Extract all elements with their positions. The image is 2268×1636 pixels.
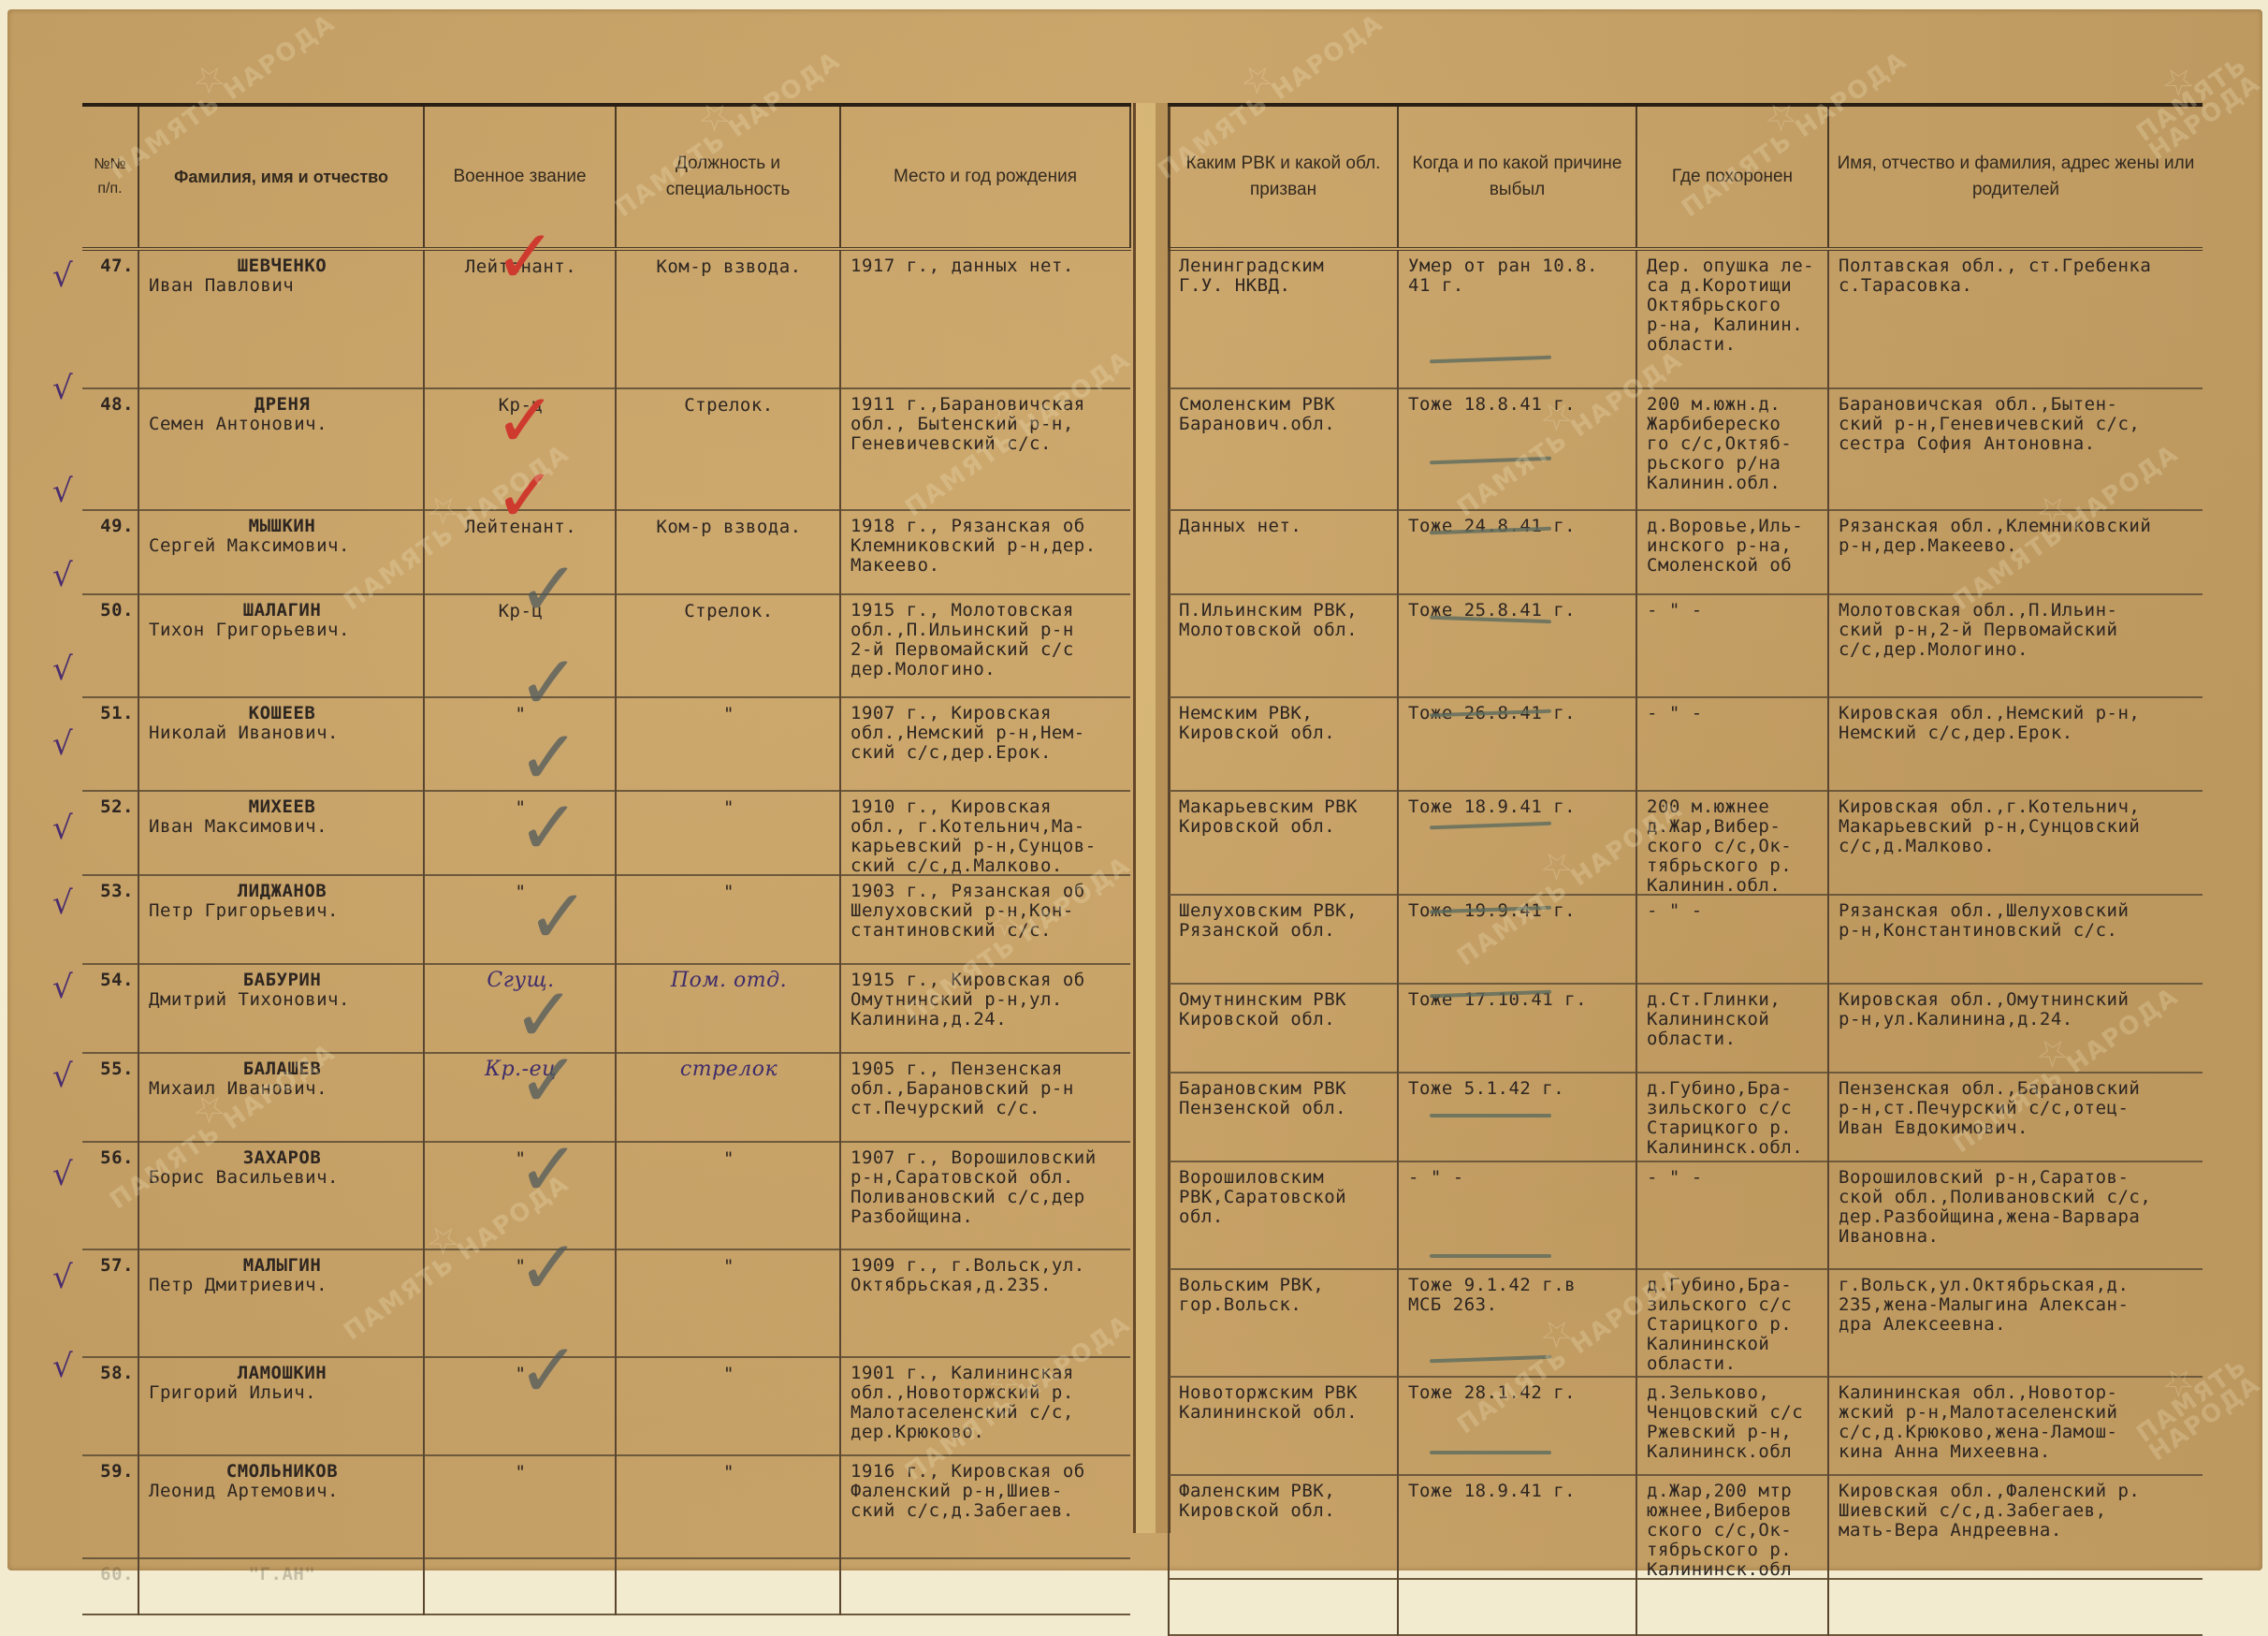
given-names: Григорий Ильич. [149,1382,316,1403]
drafted-by: Омутнинским РВК Кировской обл. [1169,985,1398,1074]
full-name: МЫШКИНСергей Максимович. [138,511,424,595]
pencil-check-mark-icon: ✓ [527,880,589,955]
table-row: 50.ШАЛАГИНТихон Григорьевич.Кр-цСтрелок.… [82,595,1130,698]
full-name: ДРЕНЯСемен Антонович. [138,389,424,511]
full-name: БАЛАШЕВМихаил Иванович. [138,1054,424,1143]
rank: " [516,882,527,902]
position-handwritten: стрелок [680,1058,778,1081]
relatives-address: Рязанская обл.,Клемниковский р-н,дер.Мак… [1828,511,2203,595]
burial-place: д.Губино,Бра- зильского с/с Старицкого р… [1636,1074,1828,1162]
tick-mark-icon: √ [52,725,73,763]
relatives-address: Кировская обл.,Омутнинский р-н,ул.Калини… [1828,985,2203,1074]
date-reason: Тоже 18.8.41 г. [1398,389,1636,511]
full-name: ЛАМОШКИНГригорий Ильич. [138,1358,424,1456]
table-row: 48.ДРЕНЯСемен Антонович.Кр-цСтрелок.1911… [82,389,1130,511]
full-name: ЛИДЖАНОВПетр Григорьевич. [138,876,424,965]
surname: ДРЕНЯ [149,395,415,415]
row-number: 48. [82,389,138,511]
given-names: Борис Васильевич. [149,1167,339,1188]
drafted-by: Ворошиловским РВК,Саратовской обл. [1169,1162,1398,1270]
position: Ком-р взвода. [656,256,801,277]
table-row: 54.БАБУРИНДмитрий Тихонович.Сгущ.Пом. от… [82,965,1130,1054]
birth-place-year: 1917 г., данных нет. [840,249,1130,389]
position-handwritten: Пом. отд. [671,969,787,992]
pencil-dash-mark [1430,1254,1551,1258]
position-cell: Пом. отд. [616,965,840,1054]
position: " [723,1256,734,1277]
table-row: 58.ЛАМОШКИНГригорий Ильич.""1901 г., Кал… [82,1358,1130,1456]
given-names: Иван Максимович. [149,816,327,837]
row-number: 58. [82,1358,138,1456]
row-number: 59. [82,1456,138,1559]
relatives-address: Калининская обл.,Новотор- жский р-н,Мало… [1828,1378,2203,1476]
row-number: 49. [82,511,138,595]
surname: ЛАМОШКИН [149,1364,415,1383]
drafted-by: Новоторжским РВК Калининской обл. [1169,1378,1398,1476]
surname: ЗАХАРОВ [149,1148,415,1168]
date-reason: Тоже 18.9.41 г. [1398,792,1636,896]
header-drafted: Каким РВК и какой обл. призван [1169,105,1398,249]
red-check-mark-icon: ✓ [494,459,557,533]
tick-mark-icon: √ [52,969,73,1006]
surname: "Г.АН" [149,1565,415,1585]
row-number: 56. [82,1143,138,1250]
position-cell: стрелок [616,1054,840,1143]
full-name: КОШЕЕВНиколай Иванович. [138,698,424,792]
burial-place: - " - [1636,896,1828,985]
date-reason: Тоже 17.10.41 г. [1398,985,1636,1074]
row-number: 55. [82,1054,138,1143]
position: " [723,1462,734,1483]
full-name: СМОЛЬНИКОВЛеонид Артемович. [138,1456,424,1559]
table-row: 60."Г.АН" [82,1559,1130,1587]
table-row: Барановским РВК Пензенской обл.Тоже 5.1.… [1169,1074,2203,1162]
table-row: 52.МИХЕЕВИван Максимович.""1910 г., Киро… [82,792,1130,876]
row-number: 50. [82,595,138,698]
drafted-by: Ленинградским Г.У. НКВД. [1169,249,1398,389]
position: " [723,1364,734,1384]
tick-mark-icon: √ [52,1156,73,1193]
position-cell: Ком-р взвода. [616,249,840,389]
tick-mark-icon: √ [52,1348,73,1385]
pencil-dash-mark [1430,1114,1551,1117]
full-name: МИХЕЕВИван Максимович. [138,792,424,876]
relatives-address: Молотовская обл.,П.Ильин- ский р-н,2-й П… [1828,595,2203,698]
tick-mark-icon: √ [52,1058,73,1095]
burial-place: - " - [1636,1162,1828,1270]
red-check-mark-icon: ✓ [494,384,557,459]
drafted-by: Шелуховским РВК, Рязанской обл. [1169,896,1398,985]
rank-cell: " [424,1456,616,1559]
tick-mark-icon: √ [52,257,73,295]
table-row [1169,1580,2203,1587]
surname: СМОЛЬНИКОВ [149,1462,415,1482]
pencil-check-mark-icon: ✓ [517,1334,580,1409]
date-reason: Умер от ран 10.8. 41 г. [1398,249,1636,389]
full-name: ЗАХАРОВБорис Васильевич. [138,1143,424,1250]
position: " [723,797,734,818]
pencil-check-mark-icon: ✓ [517,1132,580,1207]
pencil-check-mark-icon: ✓ [517,552,580,627]
table-row: 56.ЗАХАРОВБорис Васильевич.""1907 г., Во… [82,1143,1130,1250]
given-names: Сергей Максимович. [149,535,350,556]
given-names: Петр Дмитриевич. [149,1275,327,1295]
birth-place-year [840,1559,1130,1587]
birth-place-year: 1907 г., Кировская обл.,Немский р-н,Нем-… [840,698,1130,792]
drafted-by [1169,1580,1398,1587]
full-name: МАЛЫГИНПетр Дмитриевич. [138,1250,424,1358]
table-row: 49.МЫШКИНСергей Максимович.Лейтенант.Ком… [82,511,1130,595]
birth-place-year: 1907 г., Ворошиловский р-н,Саратовской о… [840,1143,1130,1250]
header-relatives: Имя, отчество и фамилия, адрес жены или … [1828,105,2203,249]
tick-mark-icon: √ [52,557,73,594]
date-reason: Тоже 18.9.41 г. [1398,1476,1636,1580]
drafted-by: Вольским РВК, гор.Вольск. [1169,1270,1398,1378]
surname: ШЕВЧЕНКО [149,256,415,276]
burial-place: 200 м.южнее д.Жар,Вибер- ского с/с,Ок- т… [1636,792,1828,896]
relatives-address: Барановичская обл.,Бытен- ский р-н,Генев… [1828,389,2203,511]
relatives-address: г.Вольск,ул.Октябрьская,д. 235,жена-Малы… [1828,1270,2203,1378]
burial-place: д.Зельково, Ченцовский с/с Ржевский р-н,… [1636,1378,1828,1476]
pencil-dash-mark [1430,1451,1551,1454]
burial-place: Дер. опушка ле- са д.Коротищи Октябрьско… [1636,249,1828,389]
given-names: Леонид Артемович. [149,1481,339,1501]
table-row: Ворошиловским РВК,Саратовской обл.- " --… [1169,1162,2203,1270]
table-row: Данных нет.Тоже 24.8.41 г.д.Воровье,Иль-… [1169,511,2203,595]
drafted-by: Фаленским РВК, Кировской обл. [1169,1476,1398,1580]
tick-mark-icon: √ [52,1259,73,1296]
row-number: 47. [82,249,138,389]
row-number: 57. [82,1250,138,1358]
drafted-by: П.Ильинским РВК, Молотовской обл. [1169,595,1398,698]
drafted-by: Данных нет. [1169,511,1398,595]
table-row: Вольским РВК, гор.Вольск.Тоже 9.1.42 г.в… [1169,1270,2203,1378]
birth-place-year: 1909 г., г.Вольск,ул. Октябрьская,д.235. [840,1250,1130,1358]
full-name: ШЕВЧЕНКОИван Павлович [138,249,424,389]
burial-place: - " - [1636,698,1828,792]
position-cell: " [616,1456,840,1559]
tick-mark-icon: √ [52,370,73,407]
given-names: Дмитрий Тихонович. [149,989,350,1010]
relatives-address: Полтавская обл., ст.Гребенка с.Тарасовка… [1828,249,2203,389]
header-when: Когда и по какой причине выбыл [1398,105,1636,249]
birth-place-year: 1905 г., Пензенская обл.,Барановский р-н… [840,1054,1130,1143]
birth-place-year: 1915 г., Молотовская обл.,П.Ильинский р-… [840,595,1130,698]
position-cell: Стрелок. [616,389,840,511]
table-row: Фаленским РВК, Кировской обл.Тоже 18.9.4… [1169,1476,2203,1580]
table-row: 53.ЛИДЖАНОВПетр Григорьевич.""1903 г., Р… [82,876,1130,965]
position-cell: Ком-р взвода. [616,511,840,595]
date-reason: Тоже 25.8.41 г. [1398,595,1636,698]
given-names: Петр Григорьевич. [149,900,339,921]
drafted-by: Макарьевским РВК Кировской обл. [1169,792,1398,896]
birth-place-year: 1911 г.,Барановичская обл., Быteнский р-… [840,389,1130,511]
surname: БАЛАШЕВ [149,1059,415,1079]
burial-place: д.Ст.Глинки, Калининской области. [1636,985,1828,1074]
table-row: Ленинградским Г.У. НКВД.Умер от ран 10.8… [1169,249,2203,389]
position: Ком-р взвода. [656,517,801,537]
surname: МЫШКИН [149,517,415,536]
full-name: "Г.АН" [138,1559,424,1587]
position-cell: " [616,876,840,965]
table-row: 47.ШЕВЧЕНКОИван ПавловичЛейтенант.Ком-р … [82,249,1130,389]
burial-place: д.Жар,200 мтр южнее,Виберов ского с/с,Ок… [1636,1476,1828,1580]
table-row: Шелуховским РВК, Рязанской обл.Тоже 19.9… [1169,896,2203,985]
birth-place-year: 1903 г., Рязанская об Шелуховский р-н,Ко… [840,876,1130,965]
birth-place-year: 1918 г., Рязанская об Клемниковский р-н,… [840,511,1130,595]
table-row: Новоторжским РВК Калининской обл.Тоже 28… [1169,1378,2203,1476]
position: Стрелок. [684,601,774,621]
position-cell: " [616,1143,840,1250]
row-number: 52. [82,792,138,876]
surname: ЛИДЖАНОВ [149,882,415,901]
date-reason [1398,1580,1636,1587]
header-buried: Где похоронен [1636,105,1828,249]
tick-mark-icon: √ [52,884,73,922]
page-fold [1133,103,1170,1533]
position-cell [616,1559,840,1587]
position-cell: " [616,1250,840,1358]
casualty-table-right: Каким РВК и какой обл. призван Когда и п… [1168,103,2203,1587]
burial-place [1636,1580,1828,1587]
surname: БАБУРИН [149,971,415,990]
position-cell: Стрелок. [616,595,840,698]
surname: КОШЕЕВ [149,704,415,723]
rank: " [516,1462,527,1483]
table-row: Смоленским РВК Баранович.обл.Тоже 18.8.4… [1169,389,2203,511]
position-cell: " [616,1358,840,1456]
header-position: Должность и специальность [616,105,840,249]
table-row: 51.КОШЕЕВНиколай Иванович.""1907 г., Кир… [82,698,1130,792]
pencil-check-mark-icon: ✓ [517,1044,580,1118]
surname: ШАЛАГИН [149,601,415,621]
table-row: 57.МАЛЫГИНПетр Дмитриевич.""1909 г., г.В… [82,1250,1130,1358]
position-cell: " [616,792,840,876]
pencil-check-mark-icon: ✓ [517,791,580,866]
given-names: Тихон Григорьевич. [149,620,350,640]
tick-mark-icon: √ [52,810,73,847]
given-names: Иван Павлович [149,275,294,296]
given-names: Николай Иванович. [149,723,339,743]
burial-place: - " - [1636,595,1828,698]
given-names: Михаил Иванович. [149,1078,327,1099]
given-names: Семен Антонович. [149,414,327,434]
relatives-address: Кировская обл.,Фаленский р. Шиевский с/с… [1828,1476,2203,1580]
casualty-table-left: №№ п/п. Фамилия, имя и отчество Военное … [82,103,1131,1587]
relatives-address [1828,1580,2203,1587]
row-number: 53. [82,876,138,965]
right-page: Каким РВК и какой обл. призван Когда и п… [1168,103,2203,1587]
date-reason: Тоже 5.1.42 г. [1398,1074,1636,1162]
header-num: №№ п/п. [82,105,138,249]
burial-place: д.Воровье,Иль- инского р-на, Смоленской … [1636,511,1828,595]
surname: МИХЕЕВ [149,797,415,817]
relatives-address: Пензенская обл.,Барановский р-н,ст.Печур… [1828,1074,2203,1162]
drafted-by: Смоленским РВК Баранович.обл. [1169,389,1398,511]
burial-place: 200 м.южн.д. Жарбибереско го с/с,Октяб- … [1636,389,1828,511]
full-name: ШАЛАГИНТихон Григорьевич. [138,595,424,698]
pencil-check-mark-icon: ✓ [517,1231,580,1306]
row-number: 51. [82,698,138,792]
row-number: 54. [82,965,138,1054]
birth-place-year: 1910 г., Кировская обл., г.Котельнич,Ма-… [840,792,1130,876]
relatives-address: Рязанская обл.,Шелуховский р-н,Константи… [1828,896,2203,985]
document-sheet: №№ п/п. Фамилия, имя и отчество Военное … [7,9,2262,1570]
relatives-address: Кировская обл.,Немский р-н, Немский с/с,… [1828,698,2203,792]
table-row: 59.СМОЛЬНИКОВЛеонид Артемович.""1916 г.,… [82,1456,1130,1559]
table-row: 55.БАЛАШЕВМихаил Иванович.Кр.-ецстрелок1… [82,1054,1130,1143]
birth-place-year: 1901 г., Калининская обл.,Новоторжский р… [840,1358,1130,1456]
birth-place-year: 1915 г., Кировская об Омутнинский р-н,ул… [840,965,1130,1054]
table-row: П.Ильинским РВК, Молотовской обл.Тоже 25… [1169,595,2203,698]
red-check-mark-icon: ✓ [494,220,557,295]
drafted-by: Барановским РВК Пензенской обл. [1169,1074,1398,1162]
drafted-by: Немским РВК, Кировской обл. [1169,698,1398,792]
relatives-address: Кировская обл.,г.Котельнич, Макарьевский… [1828,792,2203,896]
position: " [723,1148,734,1169]
surname: МАЛЫГИН [149,1256,415,1276]
position: Стрелок. [684,395,774,416]
header-name: Фамилия, имя и отчество [138,105,424,249]
tick-mark-icon: √ [52,650,73,688]
rank-cell [424,1559,616,1587]
relatives-address: Ворошиловский р-н,Саратов- ской обл.,Пол… [1828,1162,2203,1270]
position: " [723,882,734,902]
tick-mark-icon: √ [52,473,73,510]
left-page: №№ п/п. Фамилия, имя и отчество Военное … [82,103,1131,1587]
position-cell: " [616,698,840,792]
pencil-check-mark-icon: ✓ [517,646,580,721]
burial-place: д.Губино,Бра- зильского с/с Старицкого р… [1636,1270,1828,1378]
table-row: Омутнинским РВК Кировской обл.Тоже 17.10… [1169,985,2203,1074]
position: " [723,704,734,724]
date-reason: Тоже 24.8.41 г. [1398,511,1636,595]
header-birth: Место и год рождения [840,105,1130,249]
date-reason: Тоже 28.1.42 г. [1398,1378,1636,1476]
birth-place-year: 1916 г., Кировская об Фаленский р-н,Шиев… [840,1456,1130,1559]
table-row: Макарьевским РВК Кировской обл.Тоже 18.9… [1169,792,2203,896]
row-number: 60. [82,1559,138,1587]
table-row: Немским РВК, Кировской обл.Тоже 26.8.41 … [1169,698,2203,792]
full-name: БАБУРИНДмитрий Тихонович. [138,965,424,1054]
